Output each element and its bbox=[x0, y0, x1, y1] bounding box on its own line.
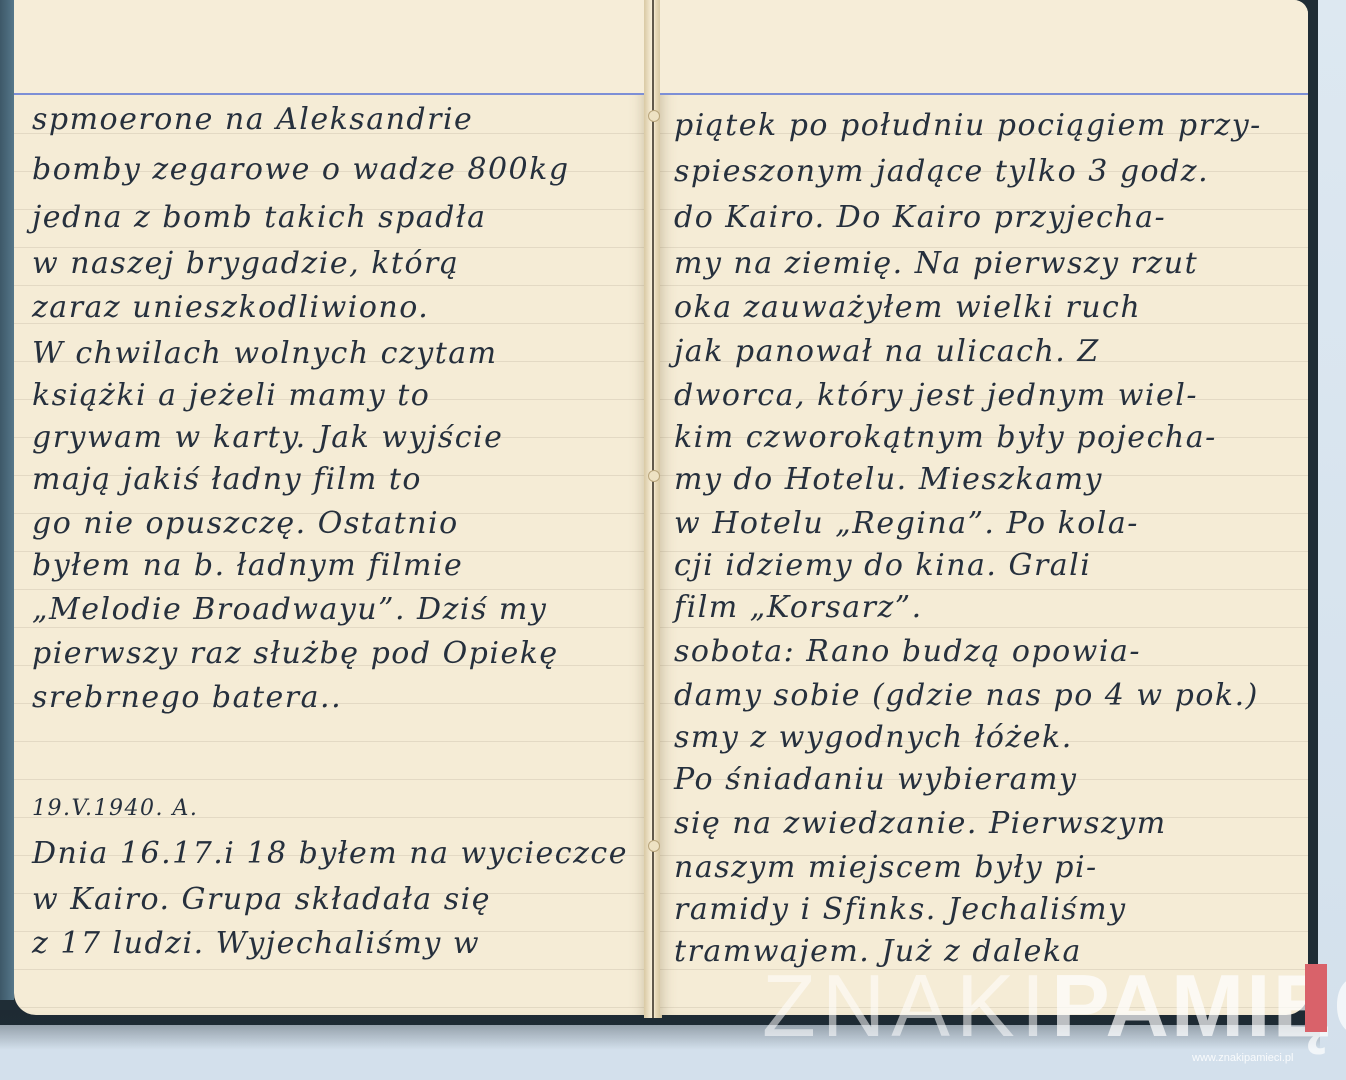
binding-stitch bbox=[648, 110, 660, 122]
handwritten-line: w naszej brygadzie, którą bbox=[32, 246, 459, 281]
handwritten-line: piątek po południu pociągiem przy- bbox=[674, 108, 1262, 143]
handwritten-line: się na zwiedzanie. Pierwszym bbox=[674, 806, 1167, 841]
handwritten-line: damy sobie (gdzie nas po 4 w pok.) bbox=[674, 678, 1259, 713]
binding-stitch bbox=[648, 470, 660, 482]
handwritten-line: jedna z bomb takich spadła bbox=[32, 200, 486, 235]
watermark-text-bold: PAMIĘCI bbox=[1051, 956, 1346, 1055]
handwritten-line: go nie opuszczę. Ostatnio bbox=[32, 506, 459, 541]
right-page-header-rule bbox=[660, 93, 1308, 95]
handwritten-line: do Kairo. Do Kairo przyjecha- bbox=[674, 200, 1166, 235]
left-page-header-rule bbox=[14, 93, 646, 95]
handwritten-line: pierwszy raz służbę pod Opiekę bbox=[32, 636, 559, 671]
handwritten-line: w Kairo. Grupa składała się bbox=[32, 882, 491, 917]
handwritten-line: z 17 ludzi. Wyjechaliśmy w bbox=[32, 926, 480, 961]
handwritten-line: byłem na b. ładnym filmie bbox=[32, 548, 463, 583]
handwritten-line: zaraz unieszkodliwiono. bbox=[32, 290, 429, 325]
handwritten-line: jak panował na ulicach. Z bbox=[674, 334, 1100, 369]
handwritten-line: bomby zegarowe o wadze 800kg bbox=[32, 152, 570, 187]
left-page-header-margin bbox=[14, 0, 646, 93]
entry-date: 19.V.1940. A. bbox=[32, 796, 198, 821]
watermark-red-bar bbox=[1305, 964, 1327, 1032]
handwritten-line: w Hotelu „Regina”. Po kola- bbox=[674, 506, 1139, 541]
handwritten-line: oka zauważyłem wielki ruch bbox=[674, 290, 1141, 325]
handwritten-line: cji idziemy do kina. Grali bbox=[674, 548, 1091, 583]
right-page-header-margin bbox=[660, 0, 1308, 93]
handwritten-line: my do Hotelu. Mieszkamy bbox=[674, 462, 1103, 497]
handwritten-line: mają jakiś ładny film to bbox=[32, 462, 422, 497]
handwritten-line: srebrnego batera.. bbox=[32, 680, 342, 715]
handwritten-line: spieszonym jadące tylko 3 godz. bbox=[674, 154, 1209, 189]
handwritten-line: dworca, który jest jednym wiel- bbox=[674, 378, 1198, 413]
handwritten-line: my na ziemię. Na pierwszy rzut bbox=[674, 246, 1198, 281]
handwritten-line: książki a jeżeli mamy to bbox=[32, 378, 430, 413]
watermark-text-thin: ZNAKI bbox=[762, 956, 1051, 1055]
handwritten-line: Po śniadaniu wybieramy bbox=[674, 762, 1077, 797]
handwritten-line: sobota: Rano budzą opowia- bbox=[674, 634, 1141, 669]
handwritten-line: kim czworokątnym były pojecha- bbox=[674, 420, 1217, 455]
spine-fold bbox=[652, 0, 654, 1018]
notebook-cover-edge bbox=[0, 0, 14, 1000]
handwritten-line: ramidy i Sfinks. Jechaliśmy bbox=[674, 892, 1127, 927]
scan-scene: spmoerone na Aleksandrie bomby zegarowe … bbox=[0, 0, 1346, 1080]
left-page: spmoerone na Aleksandrie bomby zegarowe … bbox=[14, 0, 646, 1015]
handwritten-line: W chwilach wolnych czytam bbox=[32, 336, 498, 371]
handwritten-line: grywam w karty. Jak wyjście bbox=[32, 420, 503, 455]
handwritten-line: Dnia 16.17.i 18 byłem na wycieczce bbox=[32, 836, 628, 871]
handwritten-line: spmoerone na Aleksandrie bbox=[32, 102, 473, 137]
handwritten-line: film „Korsarz”. bbox=[674, 590, 923, 625]
right-page: piątek po południu pociągiem przy- spies… bbox=[660, 0, 1308, 1015]
handwritten-line: smy z wygodnych łóżek. bbox=[674, 720, 1073, 755]
watermark-logo: ZNAKIPAMIĘCI bbox=[762, 962, 1346, 1050]
handwritten-line: naszym miejscem były pi- bbox=[674, 850, 1098, 885]
handwritten-line: „Melodie Broadwayu”. Dziś my bbox=[32, 592, 547, 627]
watermark-url: www.znakipamieci.pl bbox=[1192, 1052, 1293, 1064]
binding-stitch bbox=[648, 840, 660, 852]
